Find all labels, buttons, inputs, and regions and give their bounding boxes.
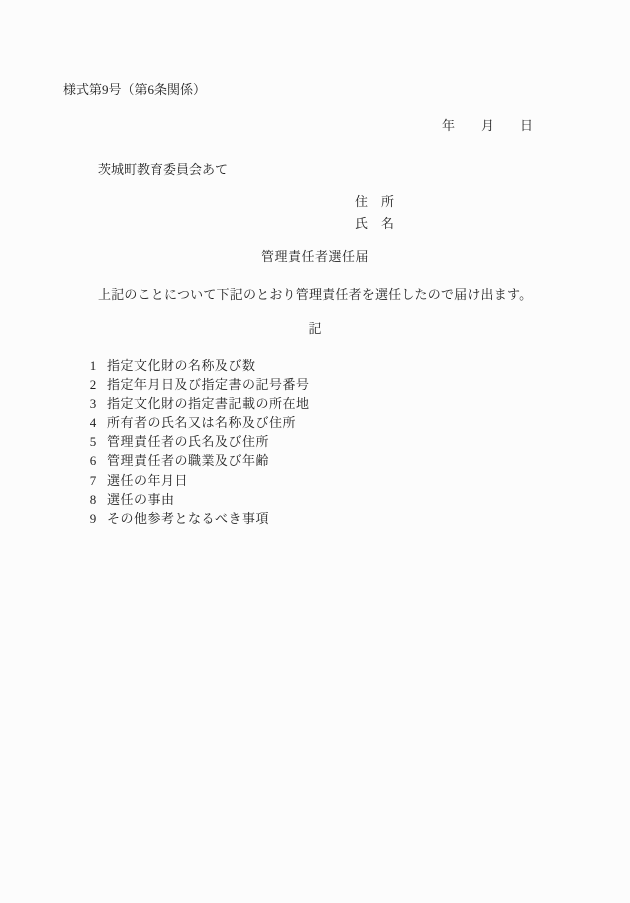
list-item-number: 1: [86, 357, 100, 375]
list-item-text: 指定文化財の名称及び数: [107, 357, 256, 375]
list-item-number: 3: [86, 395, 100, 413]
list-item-text: 管理責任者の氏名及び住所: [107, 433, 269, 451]
list-item-text: 管理責任者の職業及び年齢: [107, 452, 269, 470]
list-item-text: 指定文化財の指定書記載の所在地: [107, 395, 310, 413]
ki-heading: 記: [0, 320, 630, 338]
list-item-text: 選任の年月日: [107, 472, 188, 490]
address-label: 住 所: [355, 193, 394, 211]
list-item-number: 7: [86, 472, 100, 490]
list-item-number: 6: [86, 452, 100, 470]
list-item-text: その他参考となるべき事項: [107, 510, 269, 528]
list-item-number: 2: [86, 376, 100, 394]
name-label: 氏 名: [355, 215, 394, 233]
list-item-text: 所有者の氏名又は名称及び住所: [107, 414, 296, 432]
list-item-text: 選任の事由: [107, 491, 175, 509]
addressee: 茨城町教育委員会あて: [98, 161, 228, 179]
document-title: 管理責任者選任届: [0, 248, 630, 266]
list-item-number: 4: [86, 414, 100, 432]
list-item-number: 9: [86, 510, 100, 528]
list-item-number: 5: [86, 433, 100, 451]
list-item-text: 指定年月日及び指定書の記号番号: [107, 376, 310, 394]
body-paragraph: 上記のことについて下記のとおり管理責任者を選任したので届け出ます。: [98, 286, 532, 304]
list-item-number: 8: [86, 491, 100, 509]
date-line: 年 月 日: [442, 117, 533, 135]
document-page: 様式第9号（第6条関係） 年 月 日 茨城町教育委員会あて 住 所 氏 名 管理…: [0, 0, 630, 903]
form-number: 様式第9号（第6条関係）: [63, 81, 206, 99]
